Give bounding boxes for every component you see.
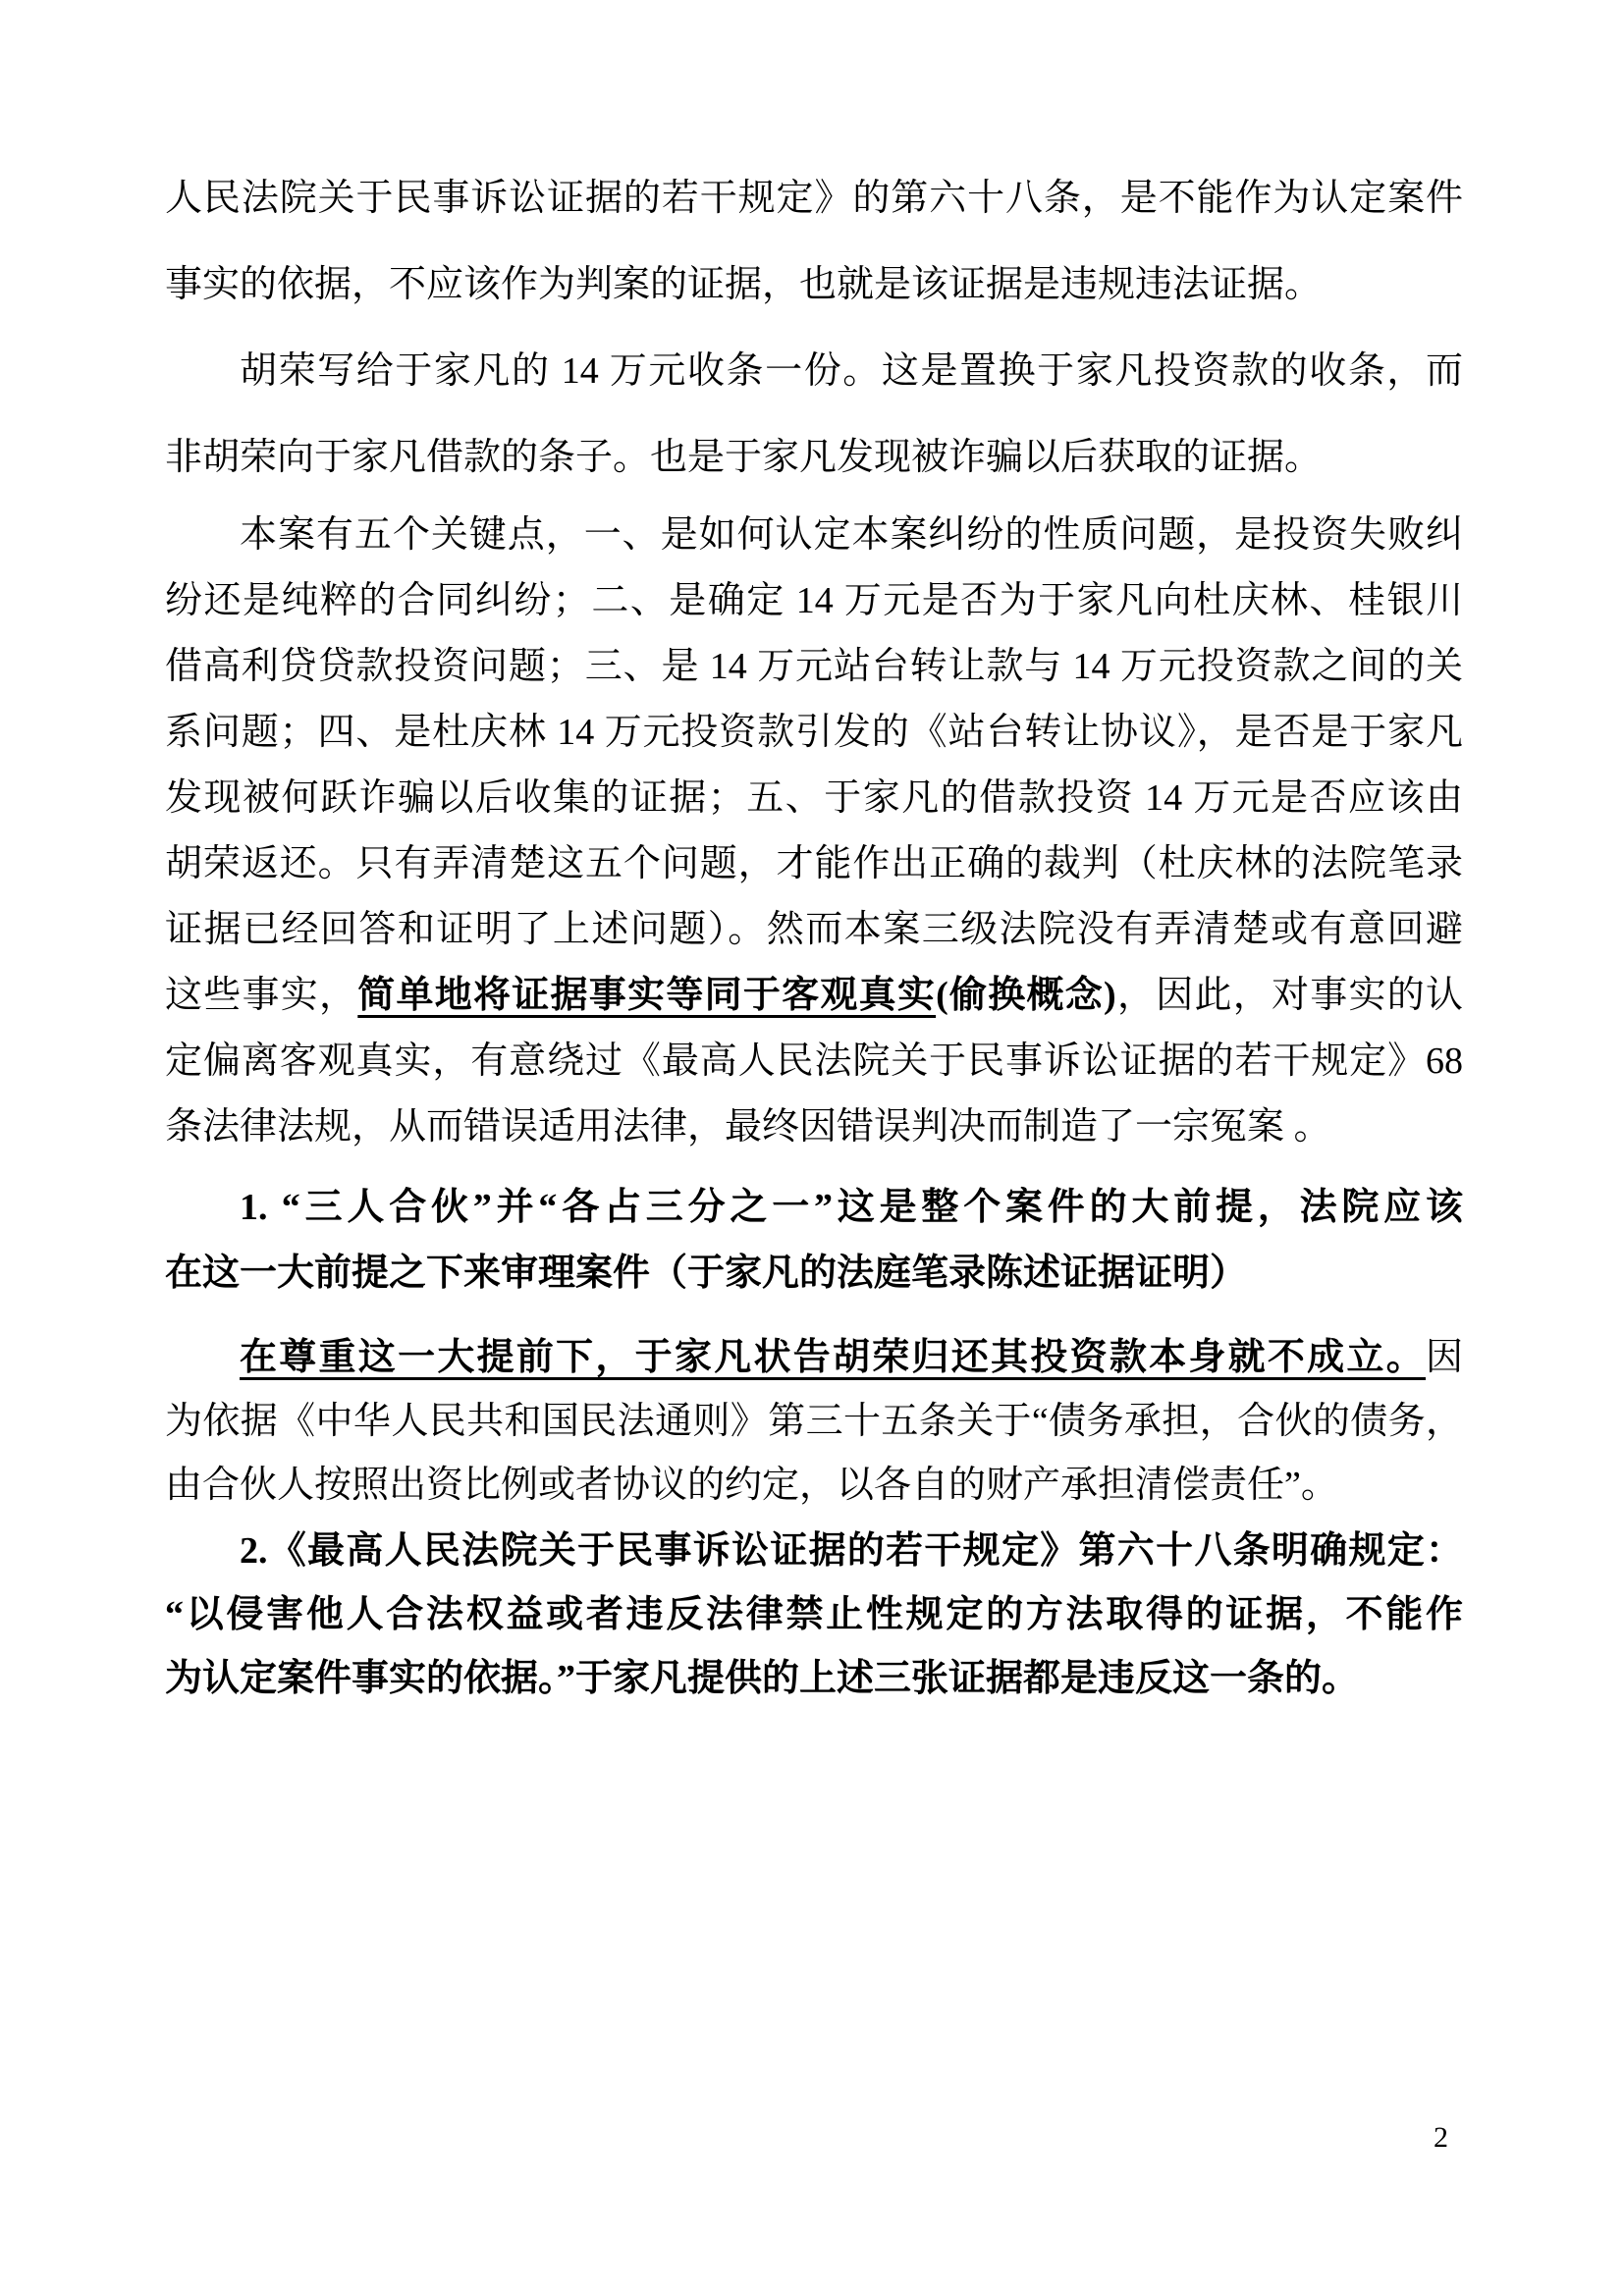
text-line: 在这一大前提之下来审理案件（于家凡的法庭笔录陈述证据证明） (165, 1241, 1463, 1307)
text-line: 借高利贷贷款投资问题；三、是 14 万元站台转让款与 14 万元投资款之间的关 (165, 634, 1463, 700)
text-line: 2.《最高人民法院关于民事诉讼证据的若干规定》第六十八条明确规定： (165, 1520, 1463, 1583)
text-segment: 证据已经回答和证明了上述问题）。然而本案三级法院没有弄清楚或有意回避 (165, 909, 1463, 950)
text-segment: 定偏离客观真实，有意绕过《最高人民法院关于民事诉讼证据的若干规定》68 (165, 1041, 1463, 1082)
text-segment: 由合伙人按照出资比例或者协议的约定，以各自的财产承担清偿责任”。 (165, 1465, 1338, 1506)
paragraph: 2.《最高人民法院关于民事诉讼证据的若干规定》第六十八条明确规定：“以侵害他人合… (165, 1520, 1463, 1711)
text-segment: 1. “三人合伙”并“各占三分之一”这是整个案件的大前提，法院应该 (240, 1187, 1463, 1228)
text-line: 系问题；四、是杜庆林 14 万元投资款引发的《站台转让协议》，是否是于家凡 (165, 700, 1463, 766)
paragraph: 本案有五个关键点，一、是如何认定本案纠纷的性质问题，是投资失败纠纷还是纯粹的合同… (165, 503, 1463, 1160)
text-segment: 纷还是纯粹的合同纠纷；二、是确定 14 万元是否为于家凡向杜庆林、桂银川 (165, 580, 1463, 621)
text-segment: 2.《最高人民法院关于民事诉讼证据的若干规定》第六十八条明确规定： (240, 1530, 1463, 1572)
text-segment: (偷换概念) (936, 975, 1116, 1016)
text-line: 定偏离客观真实，有意绕过《最高人民法院关于民事诉讼证据的若干规定》68 (165, 1029, 1463, 1095)
text-line: 1. “三人合伙”并“各占三分之一”这是整个案件的大前提，法院应该 (165, 1175, 1463, 1241)
text-line: 由合伙人按照出资比例或者协议的约定，以各自的财产承担清偿责任”。 (165, 1454, 1463, 1518)
text-segment: 胡荣返还。只有弄清楚这五个问题，才能作出正确的裁判（杜庆林的法院笔录 (165, 843, 1463, 884)
text-segment: 发现被何跃诈骗以后收集的证据；五、于家凡的借款投资 14 万元是否应该由 (165, 777, 1463, 819)
text-line: 为依据《中华人民共和国民法通则》第三十五条关于“债务承担，合伙的债务， (165, 1390, 1463, 1454)
document-body: 人民法院关于民事诉讼证据的若干规定》的第六十八条，是不能作为认定案件事实的依据，… (165, 155, 1463, 1711)
text-segment: 这些事实， (165, 975, 357, 1016)
text-segment: 非胡荣向于家凡借款的条子。也是于家凡发现被诈骗以后获取的证据。 (165, 437, 1322, 478)
text-segment: 人民法院关于民事诉讼证据的若干规定》的第六十八条，是不能作为认定案件 (165, 178, 1463, 219)
text-segment: 因 (1426, 1337, 1463, 1378)
text-line: 人民法院关于民事诉讼证据的若干规定》的第六十八条，是不能作为认定案件 (165, 155, 1463, 241)
text-line: 在尊重这一大提前下，于家凡状告胡荣归还其投资款本身就不成立。因 (165, 1326, 1463, 1390)
text-segment: 借高利贷贷款投资问题；三、是 14 万元站台转让款与 14 万元投资款之间的关 (165, 646, 1463, 687)
text-segment: 简单地将证据事实等同于客观真实 (357, 975, 936, 1016)
text-line: 胡荣写给于家凡的 14 万元收条一份。这是置换于家凡投资款的收条，而 (165, 328, 1463, 414)
text-line: 胡荣返还。只有弄清楚这五个问题，才能作出正确的裁判（杜庆林的法院笔录 (165, 831, 1463, 897)
text-segment: 系问题；四、是杜庆林 14 万元投资款引发的《站台转让协议》，是否是于家凡 (165, 712, 1463, 753)
text-line: “以侵害他人合法权益或者违反法律禁止性规定的方法取得的证据，不能作 (165, 1583, 1463, 1647)
text-line: 事实的依据，不应该作为判案的证据，也就是该证据是违规违法证据。 (165, 241, 1463, 328)
text-line: 条法律法规，从而错误适用法律，最终因错误判决而制造了一宗冤案 。 (165, 1095, 1463, 1160)
text-line: 证据已经回答和证明了上述问题）。然而本案三级法院没有弄清楚或有意回避 (165, 897, 1463, 963)
paragraph: 胡荣写给于家凡的 14 万元收条一份。这是置换于家凡投资款的收条，而非胡荣向于家… (165, 328, 1463, 501)
text-line: 为认定案件事实的依据。”于家凡提供的上述三张证据都是违反这一条的。 (165, 1647, 1463, 1711)
text-line: 纷还是纯粹的合同纠纷；二、是确定 14 万元是否为于家凡向杜庆林、桂银川 (165, 568, 1463, 634)
text-segment: 胡荣写给于家凡的 14 万元收条一份。这是置换于家凡投资款的收条，而 (240, 350, 1463, 392)
text-segment: “以侵害他人合法权益或者违反法律禁止性规定的方法取得的证据，不能作 (165, 1594, 1463, 1635)
paragraph: 1. “三人合伙”并“各占三分之一”这是整个案件的大前提，法院应该在这一大前提之… (165, 1175, 1463, 1307)
text-segment: 事实的依据，不应该作为判案的证据，也就是该证据是违规违法证据。 (165, 264, 1322, 305)
text-line: 非胡荣向于家凡借款的条子。也是于家凡发现被诈骗以后获取的证据。 (165, 414, 1463, 501)
text-segment: 本案有五个关键点，一、是如何认定本案纠纷的性质问题，是投资失败纠 (240, 514, 1463, 556)
text-line: 这些事实，简单地将证据事实等同于客观真实(偷换概念)，因此，对事实的认 (165, 963, 1463, 1029)
page-number: 2 (1434, 2118, 1448, 2158)
text-line: 发现被何跃诈骗以后收集的证据；五、于家凡的借款投资 14 万元是否应该由 (165, 766, 1463, 831)
paragraph: 在尊重这一大提前下，于家凡状告胡荣归还其投资款本身就不成立。因为依据《中华人民共… (165, 1326, 1463, 1518)
text-segment: 为依据《中华人民共和国民法通则》第三十五条关于“债务承担，合伙的债务， (165, 1401, 1463, 1442)
text-segment: 在尊重这一大提前下，于家凡状告胡荣归还其投资款本身就不成立。 (240, 1337, 1426, 1378)
paragraph: 人民法院关于民事诉讼证据的若干规定》的第六十八条，是不能作为认定案件事实的依据，… (165, 155, 1463, 328)
text-segment: 在这一大前提之下来审理案件（于家凡的法庭笔录陈述证据证明） (165, 1253, 1247, 1294)
text-segment: 条法律法规，从而错误适用法律，最终因错误判决而制造了一宗冤案 。 (165, 1106, 1331, 1148)
text-segment: 为认定案件事实的依据。”于家凡提供的上述三张证据都是违反这一条的。 (165, 1658, 1359, 1699)
document-page: 人民法院关于民事诉讼证据的若干规定》的第六十八条，是不能作为认定案件事实的依据，… (0, 0, 1624, 2296)
text-segment: ，因此，对事实的认 (1116, 975, 1463, 1016)
text-line: 本案有五个关键点，一、是如何认定本案纠纷的性质问题，是投资失败纠 (165, 503, 1463, 568)
